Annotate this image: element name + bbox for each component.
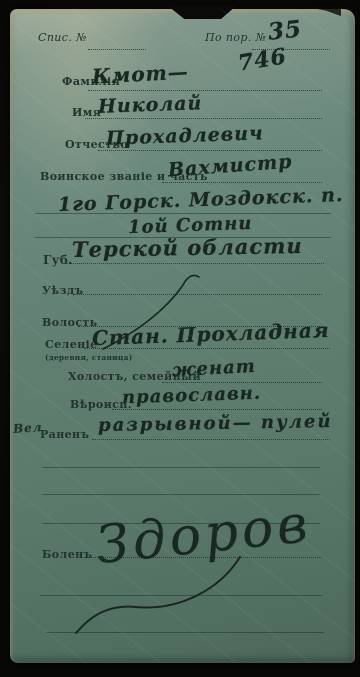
surname-value: Кмот—: [92, 61, 190, 86]
ruled-line: [88, 49, 146, 50]
patronymic-value: Прохадлевич: [106, 124, 264, 148]
province-value: Терской области: [72, 235, 303, 260]
wounded-value: разрывной— пулей: [98, 413, 333, 435]
order-number-label: По пор. №: [205, 31, 266, 44]
wounded-margin-note: Вел: [13, 421, 43, 435]
settlement-value: Стан. Прохладная: [92, 320, 330, 348]
list-number-label: Спис. №: [38, 31, 87, 44]
province-label: Губ.: [43, 253, 73, 267]
religion-value: православн.: [122, 385, 262, 408]
first-name-value: Николай: [98, 94, 203, 117]
settlement-sublabel: (деревня, станица): [45, 353, 132, 362]
settlement-label: Селеніе: [45, 338, 98, 351]
ruled-line: [85, 118, 322, 119]
wounded-label: Раненъ: [40, 428, 89, 441]
ruled-line: [162, 182, 322, 183]
ruled-line: [92, 439, 330, 440]
top-edge-tear: [307, 7, 341, 16]
rank-value: Вахмистр: [167, 153, 293, 181]
unit-value: 1го Горск. Моздокск. п.: [58, 186, 344, 215]
marital-status-value: женат: [172, 358, 257, 380]
signature-flourish: [50, 549, 270, 629]
ruled-line: [112, 409, 322, 410]
ruled-line: [40, 595, 322, 596]
ruled-line: [66, 263, 324, 264]
ruled-line: [84, 348, 330, 349]
ruled-line: [88, 90, 322, 91]
registration-card: Спис. № По пор. № 35 746 Фамилія Кмот— И…: [10, 9, 355, 663]
registry-number-value: 746: [237, 45, 289, 74]
district-label: Уѣздъ: [42, 284, 83, 297]
order-number-value: 35: [267, 17, 303, 43]
ruled-line: [42, 494, 320, 495]
ruled-line: [46, 632, 324, 633]
ruled-line: [42, 467, 320, 468]
top-edge-notch: [168, 6, 236, 19]
scan-background: Спис. № По пор. № 35 746 Фамилія Кмот— И…: [0, 0, 360, 677]
ruled-line: [35, 213, 331, 214]
volost-label: Волость: [42, 316, 98, 329]
